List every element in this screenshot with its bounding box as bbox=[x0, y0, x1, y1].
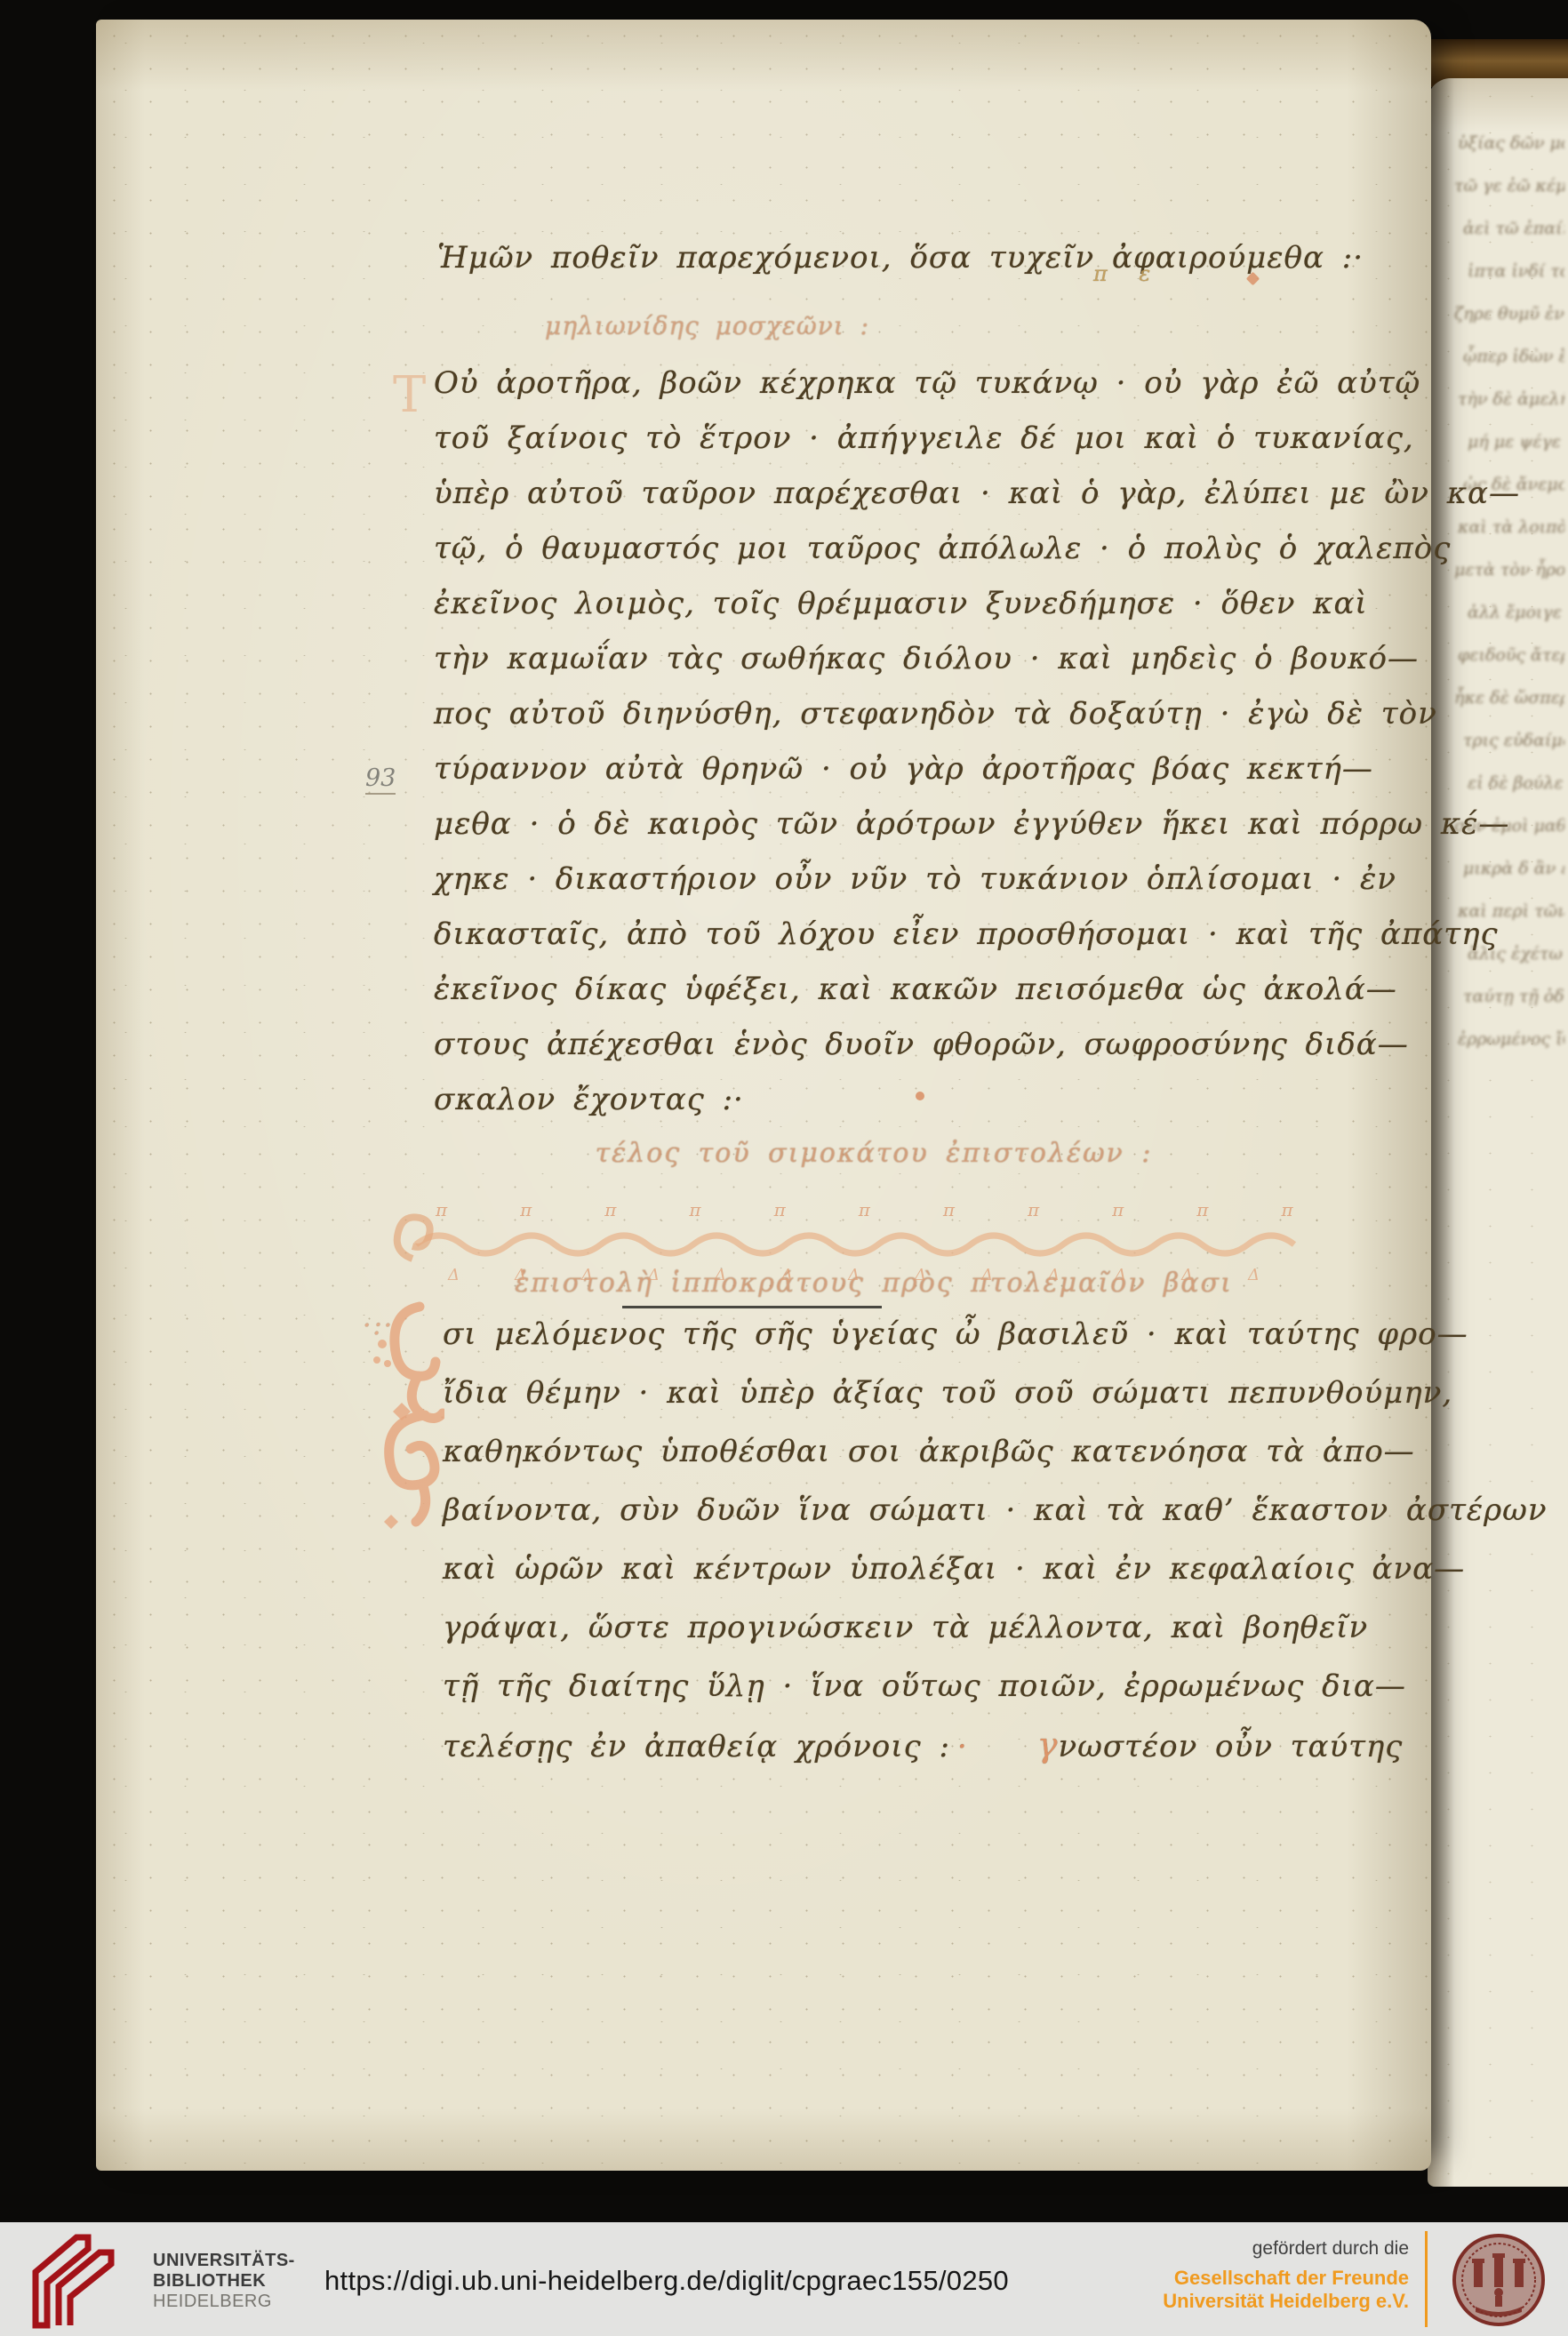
letter-text-line: πος αὐτοῦ διηνύσθη, στεφανηδὸν τὰ δοξαύτ… bbox=[434, 686, 1520, 741]
letter-text-line: τῷ, ὁ θαυμαστός μοι ταῦρος ἀπόλωλε · ὁ π… bbox=[434, 521, 1520, 576]
letter-text-line: στους ἀπέχεσθαι ἑνὸς δυοῖν φθορῶν, σωφρο… bbox=[434, 1017, 1520, 1072]
bleedthrough-line: ἱπτα ἰνδί τοῦ bbox=[1468, 261, 1564, 304]
bleedthrough-line: ὑξίας δῶν μῶ δ bbox=[1458, 133, 1564, 176]
bleedthrough-line: σὺν ἐμοὶ μαθεῖν bbox=[1454, 816, 1564, 859]
bleedthrough-line: μετὰ τὸν ἦρος bbox=[1454, 560, 1564, 603]
letter-text-line: τὴν καμωΐαν τὰς σωθήκας διόλου · καὶ μηδ… bbox=[434, 631, 1520, 686]
closing-red-initial: γ bbox=[1037, 1725, 1059, 1764]
wavy-rule bbox=[416, 1236, 1294, 1253]
svg-text:ΔΔΔΔΔΔΔΔΔΔΔΔΔ: ΔΔΔΔΔΔΔΔΔΔΔΔΔ bbox=[447, 1266, 1315, 1284]
letter-text-line: ἐκεῖνος λοιμὸς, τοῖς θρέμμασιν ξυνεδήμησ… bbox=[434, 576, 1520, 631]
epistle-text-line: σι μελόμενος τῆς σῆς ὑγείας ὦ βασιλεῦ · … bbox=[443, 1305, 1548, 1364]
divider-line bbox=[1425, 2231, 1428, 2327]
bleedthrough-line: τρις εὐδαίμον bbox=[1463, 731, 1564, 773]
bleedthrough-line: τὴν δὲ ἀμελῆ bbox=[1458, 389, 1564, 432]
closing-catchword: νωστέον οὖν ταύτης bbox=[1058, 1729, 1403, 1764]
folio-number: 93 bbox=[365, 764, 396, 795]
bleedthrough-line: ἅλις ἐχέτω δή bbox=[1468, 944, 1564, 987]
bleedthrough-line: καὶ τὰ λοιπὰ δή bbox=[1458, 517, 1564, 560]
letter-text-line: ἐκεῖνος δίκας ὑφέξει, καὶ κακῶν πεισόμεθ… bbox=[434, 962, 1520, 1017]
bleedthrough-line: φειδοῦς ἄτερ bbox=[1458, 645, 1564, 688]
letter-text-line: Οὐ ἀροτῆρα, βοῶν κέχρηκα τῷ τυκάνῳ · οὐ … bbox=[434, 356, 1520, 411]
funding-org-line1: Gesellschaft der Freunde bbox=[1036, 2267, 1409, 2290]
letter-block: Οὐ ἀροτῆρα, βοῶν κέχρηκα τῷ τυκάνῳ · οὐ … bbox=[434, 356, 1520, 1127]
ornament-divider: πππππππππππ ΔΔΔΔΔΔΔΔΔΔΔΔΔ bbox=[389, 1189, 1332, 1289]
letter-text-line: τύραννον αὐτὰ θρηνῶ · οὐ γὰρ ἀροτῆρας βό… bbox=[434, 741, 1520, 796]
bleedthrough-line: ὡς δὲ ἄνεμος bbox=[1463, 475, 1564, 517]
funding-org-line2: Universität Heidelberg e.V. bbox=[1036, 2290, 1409, 2313]
letter-text-line: σκαλον ἔχοντας :· bbox=[434, 1072, 1520, 1127]
epistle-block: σι μελόμενος τῆς σῆς ὑγείας ὦ βασιλεῦ · … bbox=[443, 1305, 1548, 1776]
funding-credit: gefördert durch die Gesellschaft der Fre… bbox=[1036, 2238, 1409, 2313]
ornament-left-flourish bbox=[397, 1217, 430, 1259]
funding-prefix: gefördert durch die bbox=[1036, 2238, 1409, 2260]
bleedthrough-line: μικρὰ δ ἂν εἴη bbox=[1463, 859, 1564, 901]
letter-text-line: χηκε · δικαστήριον οὖν νῦν τὸ τυκάνιον ὁ… bbox=[434, 852, 1520, 907]
epistle-text-line: ἴδια θέμην · καὶ ὑπὲρ ἀξίας τοῦ σοῦ σώμα… bbox=[443, 1364, 1548, 1422]
bleedthrough-line: ἀεὶ τῶ ἐπαίνω bbox=[1463, 219, 1564, 261]
bleedthrough-line: ἀλλ ἔμοιγε δὴ bbox=[1468, 603, 1564, 645]
letter-text-line: τοῦ ξαίνοις τὸ ἕτρον · ἀπήγγειλε δέ μοι … bbox=[434, 411, 1520, 466]
red-paragraph-mark bbox=[916, 1092, 924, 1100]
decorated-initial-ornament bbox=[373, 1298, 444, 1582]
epistle-text-line: τῇ τῆς διαίτης ὕλῃ · ἵνα οὕτως ποιῶν, ἐρ… bbox=[443, 1657, 1548, 1716]
colophon-rubric: τέλος τοῦ σιμοκάτου ἐπιστολέων : bbox=[434, 1138, 1314, 1169]
epistle-text-line: τελέσῃς ἐν ἀπαθείᾳ χρόνοις : bbox=[443, 1729, 950, 1764]
letter-text-line: δικασταῖς, ἀπὸ τοῦ λόχου εἶεν προσθήσομα… bbox=[434, 907, 1520, 962]
bleedthrough-line: ἧκε δὲ ὥσπερ bbox=[1454, 688, 1564, 731]
bleedthrough-line: εἰ δὲ βούλει γε bbox=[1468, 773, 1564, 816]
bleedthrough-line: μή με ψέγε ὧδ bbox=[1468, 432, 1564, 475]
red-dot-mark: · bbox=[950, 1729, 975, 1764]
letter-text-line: μεθα · ὁ δὲ καιρὸς τῶν ἀρότρων ἐγγύθεν ἥ… bbox=[434, 796, 1520, 852]
epistle-text-line: καὶ ὡρῶν καὶ κέντρων ὑπολέξαι · καὶ ἐν κ… bbox=[443, 1540, 1548, 1598]
footer-bar: UNIVERSITÄTS- BIBLIOTHEK HEIDELBERG http… bbox=[0, 2222, 1568, 2336]
manuscript-page: Ἡμῶν ποθεῖν παρεχόμενοι, ὅσα τυχεῖν ἀφαι… bbox=[96, 20, 1431, 2171]
bleedthrough-line: ταύτῃ τῇ ὁδῷ bbox=[1463, 987, 1564, 1029]
next-page-bleedthrough-text: ὑξίας δῶν μῶ δ τῶ γε ἐῶ κέμ ἀεὶ τῶ ἐπαίν… bbox=[1454, 133, 1564, 1072]
epistle-last-line: τελέσῃς ἐν ἀπαθείᾳ χρόνοις :·γνωστέον οὖ… bbox=[443, 1716, 1548, 1776]
letter-text-line: ὑπὲρ αὐτοῦ ταῦρον παρέχεσθαι · καὶ ὁ γὰρ… bbox=[434, 466, 1520, 521]
opening-line: Ἡμῶν ποθεῖν παρεχόμενοι, ὅσα τυχεῖν ἀφαι… bbox=[437, 240, 1364, 276]
bleedthrough-line: καὶ περὶ τῶνδε bbox=[1458, 901, 1564, 944]
quire-mark: π ε bbox=[1093, 261, 1159, 286]
bleedthrough-line: τῶ γε ἐῶ κέμ bbox=[1454, 176, 1564, 219]
epistle-text-line: γράψαι, ὥστε προγινώσκειν τὰ μέλλοντα, κ… bbox=[443, 1598, 1548, 1657]
bleedthrough-line: ἐρρωμένος ἴθι bbox=[1458, 1029, 1564, 1072]
epistle-text-line: βαίνοντα, σὺν δυῶν ἵνα σώματι · καὶ τὰ κ… bbox=[443, 1481, 1548, 1540]
bleedthrough-line: ᾧπερ ἰδὼν ἔτι bbox=[1463, 347, 1564, 389]
rubric-initial-tau: Τ bbox=[393, 366, 426, 424]
svg-text:πππππππππππ: πππππππππππ bbox=[435, 1199, 1332, 1220]
bleedthrough-line: ζηρε θυμῦ ἐν bbox=[1454, 304, 1564, 347]
rubric-heading-faded: μηλιωνίδης μοσχεῶνι : bbox=[545, 311, 869, 340]
university-seal-icon bbox=[1451, 2232, 1547, 2328]
epistle-text-line: καθηκόντως ὑποθέσθαι σοι ἀκριβῶς κατενόη… bbox=[443, 1422, 1548, 1481]
